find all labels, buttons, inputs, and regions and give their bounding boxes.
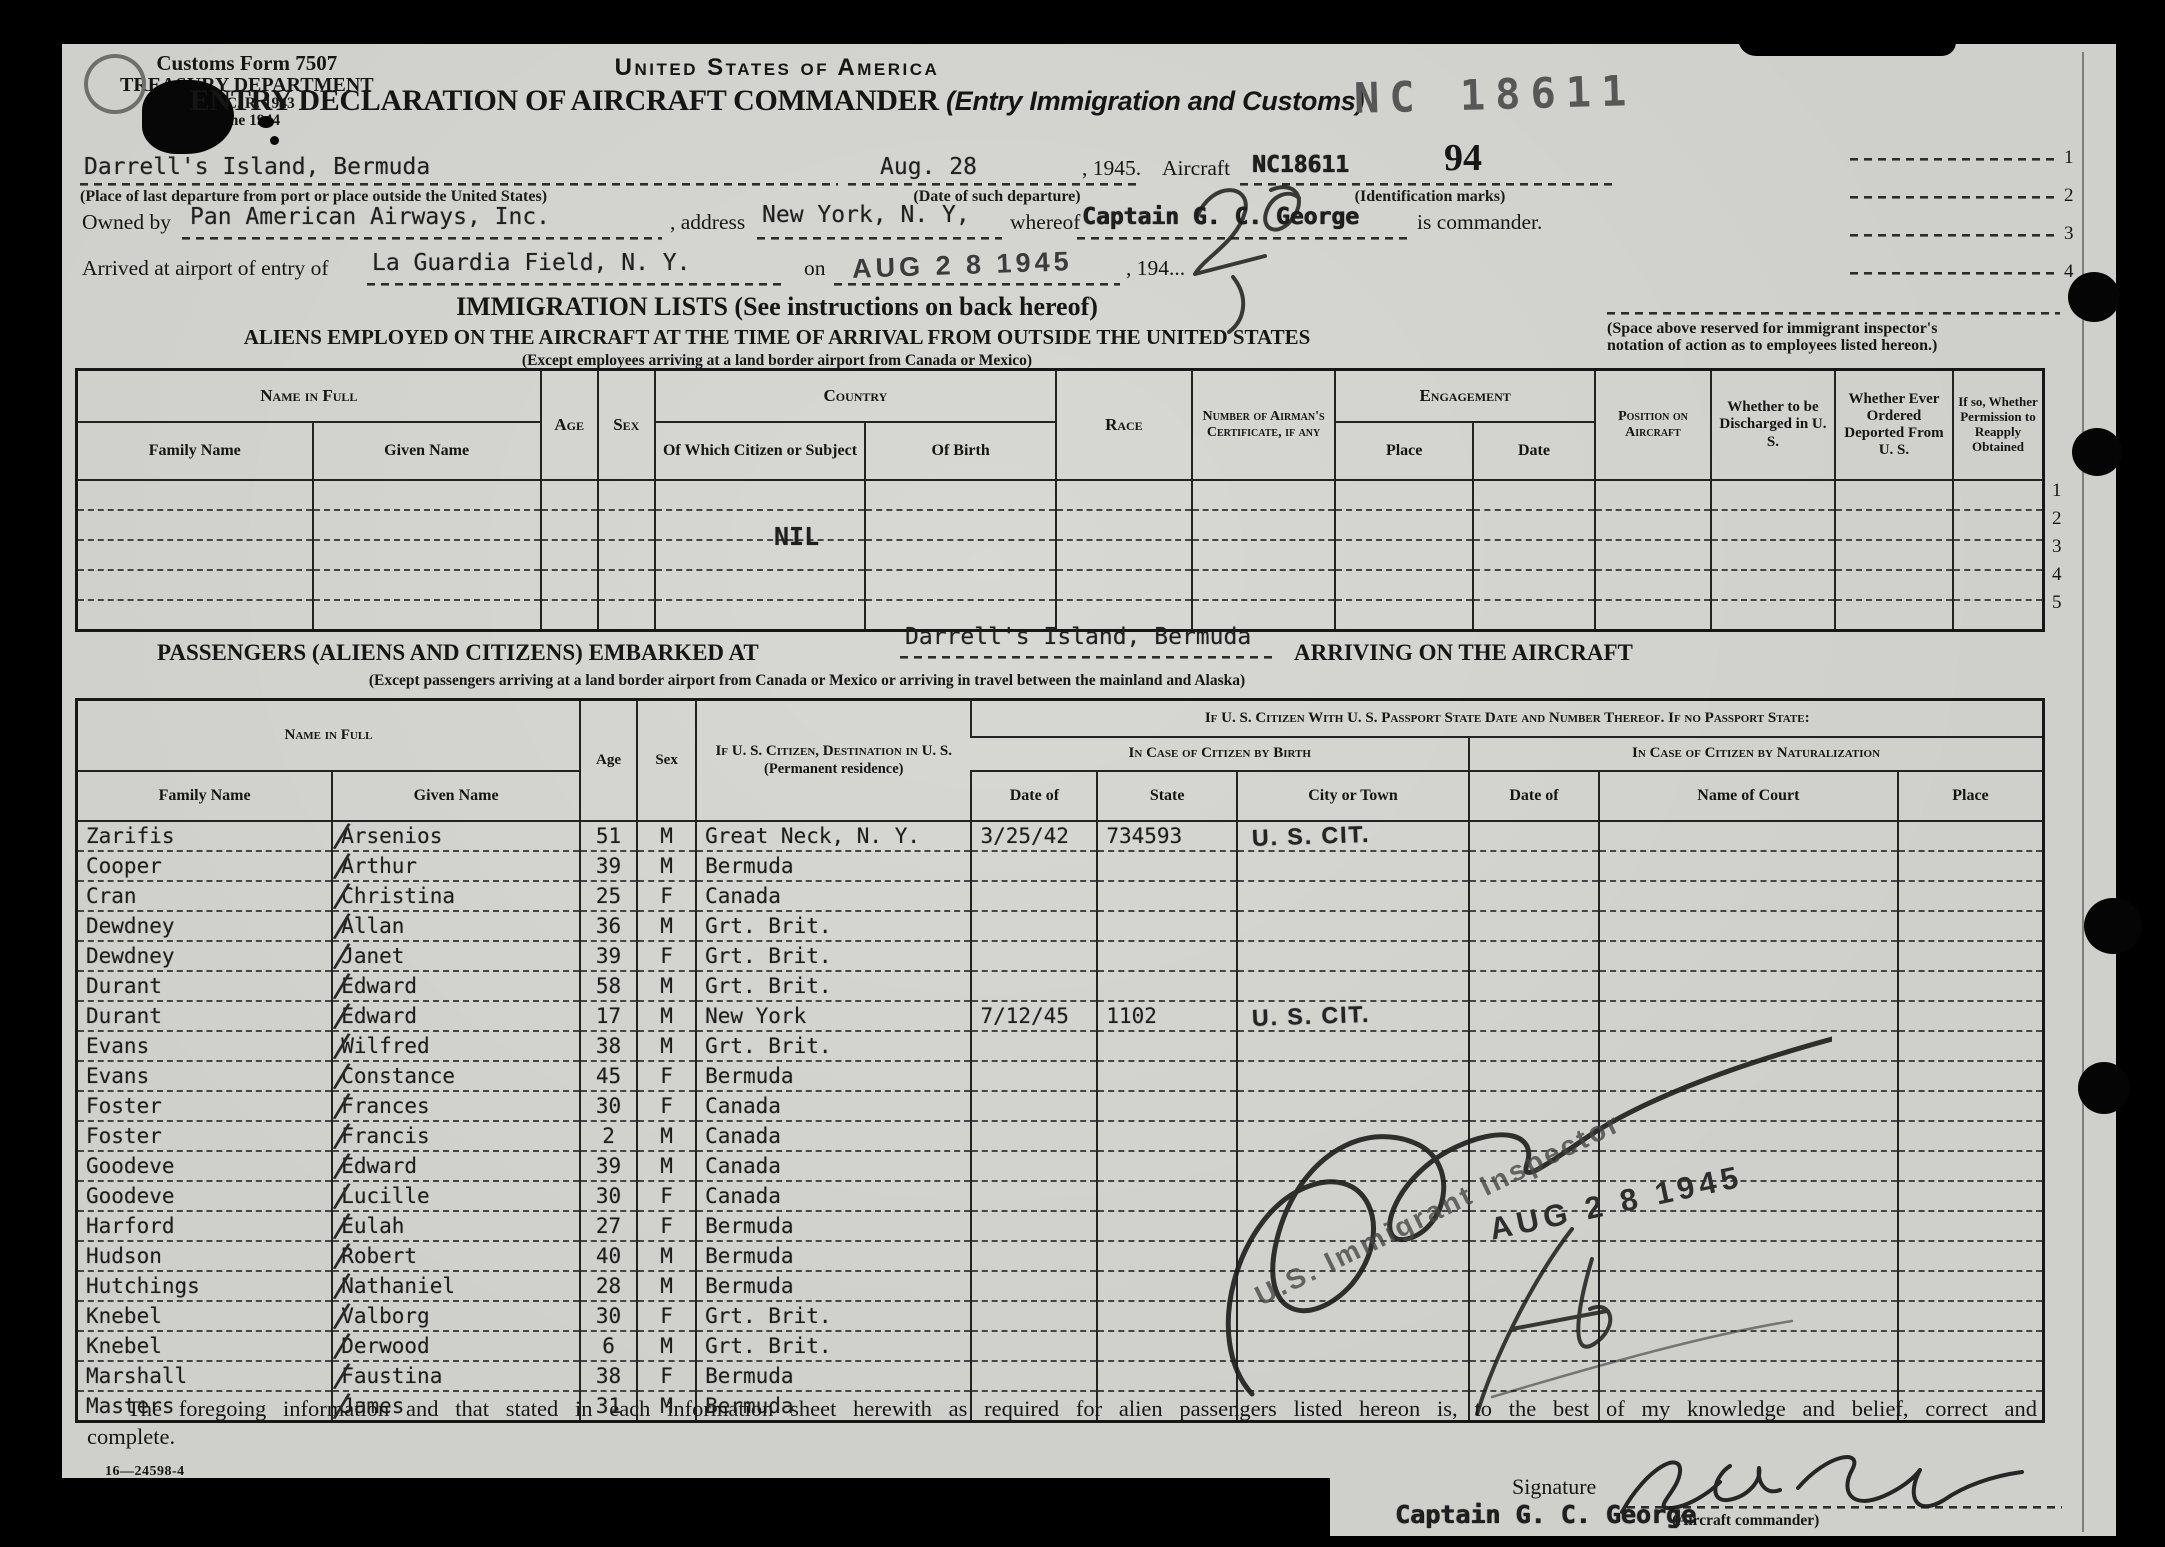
cell-value: 45 bbox=[596, 1064, 621, 1088]
cell-value: 734593 bbox=[1098, 824, 1182, 848]
cell-value: Cran bbox=[78, 884, 137, 908]
cell-value: Durant bbox=[78, 974, 162, 998]
crew-empty-cell bbox=[313, 480, 541, 510]
cell-value: Grt. Brit. bbox=[697, 1304, 831, 1328]
document-header: United States of America ENTRY DECLARATI… bbox=[62, 54, 1492, 118]
crew-header-of-birth: Of Birth bbox=[865, 422, 1056, 480]
crew-empty-cell bbox=[1711, 480, 1835, 510]
passenger-cell-sex: M bbox=[637, 911, 696, 941]
passenger-cell-given: Derwood bbox=[332, 1331, 580, 1361]
passenger-cell-given: Arthur bbox=[332, 851, 580, 881]
margin-line-number: 2 bbox=[2064, 185, 2074, 207]
cell-value: Hutchings bbox=[78, 1274, 200, 1298]
crew-header-country: Country bbox=[655, 370, 1056, 423]
crew-empty-cell bbox=[1056, 570, 1192, 600]
passenger-cell-destination: Canada bbox=[696, 881, 971, 911]
passenger-cell-date-of bbox=[971, 911, 1097, 941]
immigration-title: IMMIGRATION LISTS (See instructions on b… bbox=[62, 292, 1492, 322]
crew-header-reapply: If so, Whether Permission to Reapply Obt… bbox=[1953, 370, 2044, 481]
crew-empty-cell bbox=[1711, 510, 1835, 540]
passenger-cell-given: Wilfred bbox=[332, 1031, 580, 1061]
margin-line-number: 4 bbox=[2064, 261, 2074, 283]
crew-empty-cell bbox=[77, 570, 313, 600]
crew-empty-cell bbox=[1056, 540, 1192, 570]
cell-value: M bbox=[660, 1124, 673, 1148]
address-value: New York, N. Y, bbox=[762, 202, 970, 228]
crew-empty-cell bbox=[77, 480, 313, 510]
cell-value: F bbox=[660, 884, 673, 908]
cell-value: M bbox=[660, 824, 673, 848]
scan-border-bottom-right bbox=[1330, 1536, 2165, 1547]
crew-row-number: 4 bbox=[2052, 564, 2062, 586]
crew-header-sex: Sex bbox=[598, 370, 655, 481]
on-label: on bbox=[804, 256, 826, 281]
passenger-cell-place bbox=[1898, 851, 2044, 881]
passenger-cell-age: 30 bbox=[580, 1181, 637, 1211]
passenger-cell-family: Foster/ bbox=[77, 1121, 333, 1151]
passenger-cell-given: Valborg bbox=[332, 1301, 580, 1331]
crew-empty-cell bbox=[1835, 540, 1953, 570]
country-heading: United States of America bbox=[62, 54, 1492, 82]
crew-empty-row bbox=[77, 570, 2044, 600]
cell-value: 28 bbox=[596, 1274, 621, 1298]
cell-value: Constance bbox=[333, 1064, 455, 1088]
crew-header-name-in-full: Name in Full bbox=[77, 370, 541, 423]
passenger-cell-place bbox=[1898, 1361, 2044, 1391]
scan-border-right bbox=[2116, 0, 2165, 1547]
crew-empty-cell bbox=[598, 510, 655, 540]
crew-empty-cell bbox=[541, 480, 598, 510]
cell-value: Foster bbox=[78, 1124, 162, 1148]
crew-empty-cell bbox=[598, 540, 655, 570]
crew-empty-cell bbox=[77, 540, 313, 570]
scan-border-bottom-left bbox=[62, 1478, 1330, 1547]
crew-empty-cell bbox=[77, 510, 313, 540]
cell-value: 25 bbox=[596, 884, 621, 908]
inspector-note-line bbox=[1607, 312, 2060, 315]
crew-empty-cell bbox=[1192, 570, 1336, 600]
passenger-cell-state-or-number bbox=[1097, 851, 1237, 881]
passenger-cell-sex: M bbox=[637, 1271, 696, 1301]
passenger-cell-family: Goodeve/ bbox=[77, 1181, 333, 1211]
passenger-cell-sex: F bbox=[637, 1361, 696, 1391]
passenger-cell-age: 38 bbox=[580, 1361, 637, 1391]
passenger-cell-sex: F bbox=[637, 881, 696, 911]
passenger-cell-name-of-court bbox=[1599, 821, 1898, 851]
cell-value: Grt. Brit. bbox=[697, 1334, 831, 1358]
passenger-cell-sex: F bbox=[637, 1211, 696, 1241]
passenger-cell-naturalization-date bbox=[1469, 851, 1599, 881]
hole-punch-1 bbox=[2068, 272, 2120, 322]
passenger-cell-age: 58 bbox=[580, 971, 637, 1001]
cell-value: Canada bbox=[697, 1184, 781, 1208]
inspector-note-line1: (Space above reserved for immigrant insp… bbox=[1607, 320, 2067, 337]
passenger-cell-name-of-court bbox=[1599, 971, 1898, 1001]
crew-header-citizen-of: Of Which Citizen or Subject bbox=[655, 422, 865, 480]
cell-value: Durant bbox=[78, 1004, 162, 1028]
passenger-cell-state-or-number bbox=[1097, 941, 1237, 971]
passenger-cell-place bbox=[1898, 941, 2044, 971]
cell-value: M bbox=[660, 854, 673, 878]
crew-header-race: Race bbox=[1056, 370, 1192, 481]
cell-value: Dewdney bbox=[78, 914, 175, 938]
cell-value: M bbox=[660, 1004, 673, 1028]
passenger-cell-date-of bbox=[971, 1121, 1097, 1151]
cell-value: Marshall bbox=[78, 1364, 187, 1388]
passenger-title-prefix: PASSENGERS (ALIENS AND CITIZENS) EMBARKE… bbox=[157, 640, 759, 665]
passenger-cell-age: 40 bbox=[580, 1241, 637, 1271]
crew-empty-cell bbox=[655, 540, 865, 570]
passenger-cell-age: 51 bbox=[580, 821, 637, 851]
passenger-cell-destination: New York bbox=[696, 1001, 971, 1031]
crew-row-number: 2 bbox=[2052, 508, 2062, 530]
passenger-cell-state-or-number bbox=[1097, 971, 1237, 1001]
immigration-subtitle: ALIENS EMPLOYED ON THE AIRCRAFT AT THE T… bbox=[62, 325, 1492, 350]
cell-value: Nathaniel bbox=[333, 1274, 455, 1298]
crew-empty-cell bbox=[313, 540, 541, 570]
passenger-row: Dewdney/Allan36MGrt. Brit. bbox=[77, 911, 2044, 941]
passenger-cell-city-or-town bbox=[1237, 941, 1469, 971]
passenger-cell-destination: Grt. Brit. bbox=[696, 1031, 971, 1061]
passenger-cell-family: Cooper/ bbox=[77, 851, 333, 881]
hole-punch-4 bbox=[2078, 1062, 2130, 1114]
crew-empty-row bbox=[77, 480, 2044, 510]
passenger-exception: (Except passengers arriving at a land bo… bbox=[62, 672, 1552, 690]
passenger-cell-destination: Bermuda bbox=[696, 851, 971, 881]
cell-value: Evans bbox=[78, 1064, 149, 1088]
crew-empty-cell bbox=[598, 600, 655, 631]
embark-place-line bbox=[900, 656, 1272, 659]
crew-empty-cell bbox=[1056, 480, 1192, 510]
cell-value: Bermuda bbox=[697, 1274, 794, 1298]
pax-header-given-name: Given Name bbox=[332, 771, 580, 821]
crew-empty-cell bbox=[1192, 510, 1336, 540]
document-paper: Customs Form 7507 TREASURY DEPARTMENT 6.… bbox=[62, 44, 2116, 1536]
passenger-cell-given: Edward bbox=[332, 971, 580, 1001]
passenger-cell-naturalization-date bbox=[1469, 971, 1599, 1001]
passenger-cell-family: Evans/ bbox=[77, 1031, 333, 1061]
pax-header-date-of-birth-col: Date of bbox=[971, 771, 1097, 821]
crew-empty-cell bbox=[77, 600, 313, 631]
passenger-cell-sex: M bbox=[637, 1121, 696, 1151]
arrival-airport-line bbox=[367, 283, 787, 286]
passenger-cell-age: 30 bbox=[580, 1301, 637, 1331]
passenger-cell-age: 45 bbox=[580, 1061, 637, 1091]
passenger-cell-state-or-number: 734593 bbox=[1097, 821, 1237, 851]
cell-value: 2 bbox=[602, 1124, 615, 1148]
passenger-cell-date-of bbox=[971, 1181, 1097, 1211]
passenger-cell-city-or-town bbox=[1237, 971, 1469, 1001]
cell-value: F bbox=[660, 1214, 673, 1238]
passenger-cell-place bbox=[1898, 821, 2044, 851]
passenger-cell-place bbox=[1898, 1241, 2044, 1271]
crew-empty-cell bbox=[1835, 570, 1953, 600]
signature-label: Signature bbox=[1512, 1474, 1596, 1500]
cell-value: M bbox=[660, 974, 673, 998]
passenger-cell-age: 25 bbox=[580, 881, 637, 911]
cell-value: 30 bbox=[596, 1304, 621, 1328]
passenger-cell-destination: Canada bbox=[696, 1151, 971, 1181]
cell-value: F bbox=[660, 1064, 673, 1088]
passenger-cell-city-or-town bbox=[1237, 911, 1469, 941]
passenger-cell-sex: F bbox=[637, 1181, 696, 1211]
passenger-cell-age: 38 bbox=[580, 1031, 637, 1061]
us-cit-stamp: U. S. CIT. bbox=[1238, 820, 1371, 852]
passenger-cell-age: 2 bbox=[580, 1121, 637, 1151]
crew-empty-cell bbox=[1711, 570, 1835, 600]
cell-value: Evans bbox=[78, 1034, 149, 1058]
pax-header-passport-banner: If U. S. Citizen With U. S. Passport Sta… bbox=[971, 700, 2043, 738]
passenger-cell-age: 27 bbox=[580, 1211, 637, 1241]
crew-empty-cell bbox=[1192, 540, 1336, 570]
embark-place-value: Darrell's Island, Bermuda bbox=[905, 624, 1251, 650]
passenger-cell-destination: Bermuda bbox=[696, 1271, 971, 1301]
cell-value: 3/25/42 bbox=[972, 824, 1069, 848]
passenger-cell-age: 39 bbox=[580, 1151, 637, 1181]
passenger-row: Zarifis/Arsenios51MGreat Neck, N. Y.3/25… bbox=[77, 821, 2044, 851]
passenger-cell-date-of bbox=[971, 1331, 1097, 1361]
cell-value: Dewdney bbox=[78, 944, 175, 968]
cell-value: M bbox=[660, 914, 673, 938]
crew-empty-cell bbox=[313, 570, 541, 600]
scanned-form-page: { "form_info": { "line1": "Customs Form … bbox=[0, 0, 2165, 1547]
cell-value: 38 bbox=[596, 1364, 621, 1388]
departure-date-line bbox=[848, 183, 1140, 186]
passenger-cell-date-of: 3/25/42 bbox=[971, 821, 1097, 851]
cell-value: Canada bbox=[697, 1094, 781, 1118]
is-commander-label: is commander. bbox=[1417, 210, 1542, 235]
passenger-cell-place bbox=[1898, 1271, 2044, 1301]
registration-number-stamp: NC 18611 bbox=[1353, 66, 1637, 123]
crew-empty-cell bbox=[1335, 510, 1473, 540]
crew-empty-cell bbox=[655, 570, 865, 600]
passenger-cell-given: Allan bbox=[332, 911, 580, 941]
owned-by-label: Owned by bbox=[82, 210, 171, 235]
cell-value: New York bbox=[697, 1004, 806, 1028]
cell-value: Canada bbox=[697, 1154, 781, 1178]
pax-header-name-of-court: Name of Court bbox=[1599, 771, 1898, 821]
title-text: ENTRY DECLARATION OF AIRCRAFT COMMANDER bbox=[190, 84, 939, 117]
cell-value: Great Neck, N. Y. bbox=[697, 824, 920, 848]
pax-header-family-name: Family Name bbox=[77, 771, 333, 821]
passenger-cell-given: Eulah bbox=[332, 1211, 580, 1241]
pax-header-sex: Sex bbox=[637, 700, 696, 822]
margin-line-number: 3 bbox=[2064, 223, 2074, 245]
cell-value: F bbox=[660, 1184, 673, 1208]
page-title: ENTRY DECLARATION OF AIRCRAFT COMMANDER … bbox=[62, 84, 1492, 118]
passenger-row: Durant/Edward58MGrt. Brit. bbox=[77, 971, 2044, 1001]
crew-empty-cell bbox=[1473, 510, 1595, 540]
passenger-cell-family: Hutchings/ bbox=[77, 1271, 333, 1301]
cell-value: Grt. Brit. bbox=[697, 944, 831, 968]
crew-empty-cell bbox=[1335, 540, 1473, 570]
passenger-cell-place bbox=[1898, 1211, 2044, 1241]
cell-value: F bbox=[660, 1094, 673, 1118]
passenger-cell-place bbox=[1898, 1301, 2044, 1331]
passenger-cell-date-of bbox=[971, 851, 1097, 881]
passenger-cell-family: Goodeve/ bbox=[77, 1151, 333, 1181]
whereof-label: whereof bbox=[1010, 210, 1080, 235]
passenger-cell-age: 36 bbox=[580, 911, 637, 941]
passenger-cell-given: Lucille bbox=[332, 1181, 580, 1211]
passenger-cell-date-of bbox=[971, 1241, 1097, 1271]
cell-value: Bermuda bbox=[697, 1244, 794, 1268]
crew-row-number: 3 bbox=[2052, 536, 2062, 558]
crew-empty-cell bbox=[1595, 540, 1711, 570]
passenger-cell-destination: Canada bbox=[696, 1181, 971, 1211]
passenger-cell-date-of bbox=[971, 1091, 1097, 1121]
crew-empty-cell bbox=[1953, 510, 2044, 540]
passenger-row: Dewdney/Janet39FGrt. Brit. bbox=[77, 941, 2044, 971]
cell-value: 1102 bbox=[1098, 1004, 1157, 1028]
passenger-cell-naturalization-date bbox=[1469, 911, 1599, 941]
passenger-cell-given: Francis bbox=[332, 1121, 580, 1151]
cell-value: M bbox=[660, 1334, 673, 1358]
inspector-note-line2: notation of action as to employees liste… bbox=[1607, 337, 2067, 354]
title-subtext: (Entry Immigration and Customs) bbox=[946, 86, 1364, 116]
crew-empty-cell bbox=[1835, 600, 1953, 631]
margin-line bbox=[1850, 196, 2060, 199]
passenger-cell-naturalization-date bbox=[1469, 821, 1599, 851]
declaration-statement-line1: The foregoing information and that state… bbox=[87, 1396, 2037, 1422]
passenger-cell-given: Robert bbox=[332, 1241, 580, 1271]
cell-value: F bbox=[660, 1304, 673, 1328]
passenger-cell-given: Arsenios bbox=[332, 821, 580, 851]
pax-header-state: State bbox=[1097, 771, 1237, 821]
cell-value: 27 bbox=[596, 1214, 621, 1238]
passenger-cell-naturalization-date bbox=[1469, 941, 1599, 971]
passenger-cell-name-of-court bbox=[1599, 941, 1898, 971]
passenger-cell-state-or-number bbox=[1097, 911, 1237, 941]
passenger-cell-state-or-number bbox=[1097, 881, 1237, 911]
passenger-cell-destination: Grt. Brit. bbox=[696, 1331, 971, 1361]
passenger-cell-destination: Bermuda bbox=[696, 1211, 971, 1241]
passenger-cell-family: Evans/ bbox=[77, 1061, 333, 1091]
crew-empty-cell bbox=[598, 480, 655, 510]
cell-value: Zarifis bbox=[78, 824, 175, 848]
passenger-cell-family: Knebel/ bbox=[77, 1301, 333, 1331]
passenger-cell-destination: Grt. Brit. bbox=[696, 971, 971, 1001]
crew-header-engagement: Engagement bbox=[1335, 370, 1595, 423]
passenger-cell-place bbox=[1898, 911, 2044, 941]
cell-value: Goodeve bbox=[78, 1154, 175, 1178]
crew-empty-cell bbox=[1335, 570, 1473, 600]
passenger-title-suffix: ARRIVING ON THE AIRCRAFT bbox=[1294, 640, 1633, 666]
scan-border-left bbox=[0, 0, 62, 1547]
passenger-cell-family: Hudson/ bbox=[77, 1241, 333, 1271]
margin-line bbox=[1850, 272, 2060, 275]
owner-line bbox=[182, 237, 662, 240]
address-line bbox=[757, 237, 1002, 240]
passenger-cell-age: 39 bbox=[580, 851, 637, 881]
arrival-date-line bbox=[834, 283, 1120, 286]
cell-value: Grt. Brit. bbox=[697, 974, 831, 998]
passenger-cell-sex: F bbox=[637, 941, 696, 971]
cell-value: Canada bbox=[697, 884, 781, 908]
passenger-cell-date-of bbox=[971, 1031, 1097, 1061]
passenger-cell-place bbox=[1898, 881, 2044, 911]
passenger-cell-destination: Bermuda bbox=[696, 1241, 971, 1271]
passenger-cell-destination: Grt. Brit. bbox=[696, 941, 971, 971]
passenger-row: Cran/Christina25FCanada bbox=[77, 881, 2044, 911]
cell-value: 6 bbox=[602, 1334, 615, 1358]
crew-empty-cell bbox=[1473, 600, 1595, 631]
passenger-cell-age: 28 bbox=[580, 1271, 637, 1301]
passenger-cell-place bbox=[1898, 1001, 2044, 1031]
passenger-cell-place bbox=[1898, 971, 2044, 1001]
passenger-cell-naturalization-date bbox=[1469, 881, 1599, 911]
crew-header-position: Position on Aircraft bbox=[1595, 370, 1711, 481]
crew-header-engagement-place: Place bbox=[1335, 422, 1473, 480]
passenger-cell-sex: M bbox=[637, 821, 696, 851]
passenger-cell-destination: Canada bbox=[696, 1121, 971, 1151]
pax-header-destination-main: If U. S. Citizen, Destination in U. S. bbox=[715, 743, 952, 759]
crew-empty-cell bbox=[1473, 540, 1595, 570]
passenger-cell-family: Dewdney/ bbox=[77, 911, 333, 941]
cell-value: Bermuda bbox=[697, 1214, 794, 1238]
passenger-cell-date-of bbox=[971, 1301, 1097, 1331]
passenger-cell-place bbox=[1898, 1151, 2044, 1181]
crew-empty-cell bbox=[865, 540, 1056, 570]
passenger-cell-name-of-court bbox=[1599, 851, 1898, 881]
passenger-cell-destination: Canada bbox=[696, 1091, 971, 1121]
passenger-cell-place bbox=[1898, 1061, 2044, 1091]
passenger-cell-date-of bbox=[971, 941, 1097, 971]
passenger-cell-given: Christina bbox=[332, 881, 580, 911]
ink-dot-small bbox=[270, 136, 279, 145]
crew-empty-cell bbox=[1953, 480, 2044, 510]
cell-value: Grt. Brit. bbox=[697, 914, 831, 938]
pax-header-place: Place bbox=[1898, 771, 2044, 821]
passenger-cell-given: Edward bbox=[332, 1001, 580, 1031]
passenger-cell-sex: F bbox=[637, 1301, 696, 1331]
crew-empty-cell bbox=[541, 570, 598, 600]
passenger-cell-given: Frances bbox=[332, 1091, 580, 1121]
cell-value: 39 bbox=[596, 944, 621, 968]
passenger-cell-date-of bbox=[971, 971, 1097, 1001]
passenger-cell-family: Harford/ bbox=[77, 1211, 333, 1241]
passenger-cell-destination: Grt. Brit. bbox=[696, 1301, 971, 1331]
crew-header-airman-certificate: Number of Airman's Certificate, if any bbox=[1192, 370, 1336, 481]
passenger-cell-date-of bbox=[971, 1211, 1097, 1241]
passenger-cell-sex: F bbox=[637, 1091, 696, 1121]
crew-empty-cell bbox=[655, 510, 865, 540]
arrival-label: Arrived at airport of entry of bbox=[82, 256, 329, 281]
cell-value: 39 bbox=[596, 854, 621, 878]
cell-value: 30 bbox=[596, 1184, 621, 1208]
passenger-cell-family: Marshall/ bbox=[77, 1361, 333, 1391]
cell-value: 30 bbox=[596, 1094, 621, 1118]
cell-value: Knebel bbox=[78, 1304, 162, 1328]
crew-empty-cell bbox=[1473, 570, 1595, 600]
margin-line bbox=[1850, 234, 2060, 237]
pax-header-name-in-full: Name in Full bbox=[77, 700, 581, 772]
crew-empty-cell bbox=[1335, 600, 1473, 631]
passenger-cell-city-or-town bbox=[1237, 851, 1469, 881]
cell-value: F bbox=[660, 944, 673, 968]
passenger-cell-place bbox=[1898, 1121, 2044, 1151]
pax-header-date-of-nat-col: Date of bbox=[1469, 771, 1599, 821]
crew-empty-row bbox=[77, 540, 2044, 570]
crew-empty-cell bbox=[1953, 600, 2044, 631]
arrival-date-stamp: AUG 2 8 1945 bbox=[852, 246, 1074, 285]
crew-empty-cell bbox=[541, 510, 598, 540]
passenger-cell-given: Edward bbox=[332, 1151, 580, 1181]
crew-empty-cell bbox=[655, 480, 865, 510]
crew-header-engagement-date: Date bbox=[1473, 422, 1595, 480]
passenger-cell-destination: Grt. Brit. bbox=[696, 911, 971, 941]
cell-value: 17 bbox=[596, 1004, 621, 1028]
